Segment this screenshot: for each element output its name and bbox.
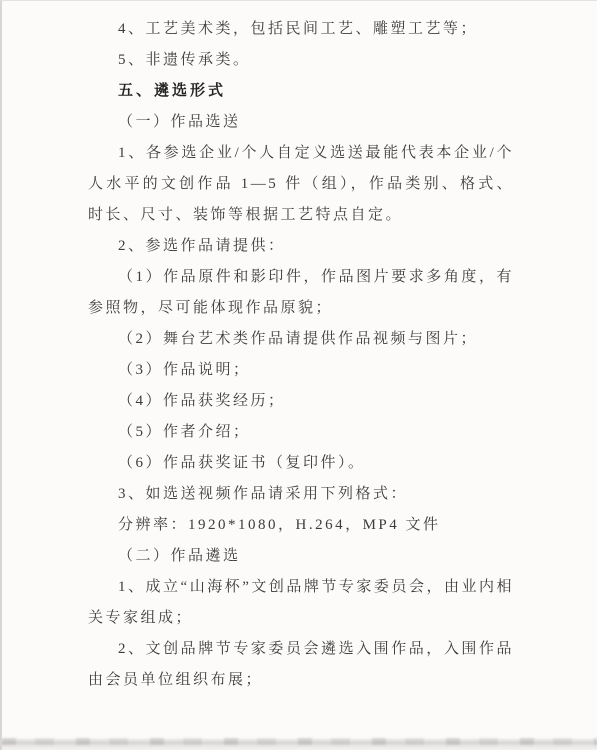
doc-paragraph: 1、成立“山海杯”文创品牌节专家委员会，由业内相关专家组成；	[88, 572, 514, 634]
doc-paragraph: 2、文创品牌节专家委员会遴选入围作品，入围作品由会员单位组织布展；	[88, 634, 514, 696]
document-text-block: 4、工艺美术类，包括民间工艺、雕塑工艺等； 5、非遗传承类。 五、遴选形式 （一…	[88, 14, 514, 696]
doc-paragraph: （2）舞台艺术类作品请提供作品视频与图片；	[88, 324, 514, 355]
doc-paragraph: 1、各参选企业/个人自定义选送最能代表本企业/个人水平的文创作品 1—5 件（组…	[88, 138, 514, 231]
doc-paragraph: （4）作品获奖经历；	[88, 386, 514, 417]
page-bottom-scan-shadow	[2, 735, 597, 750]
doc-paragraph: 分辨率：1920*1080，H.264，MP4 文件	[88, 510, 514, 541]
doc-subsection-label: （一）作品选送	[88, 107, 514, 138]
scan-shadow-texture	[2, 738, 597, 745]
document-page: 4、工艺美术类，包括民间工艺、雕塑工艺等； 5、非遗传承类。 五、遴选形式 （一…	[0, 0, 597, 750]
doc-paragraph: 3、如选送视频作品请采用下列格式：	[88, 479, 514, 510]
doc-paragraph: 2、参选作品请提供：	[88, 231, 514, 262]
doc-paragraph: （5）作者介绍；	[88, 417, 514, 448]
doc-subsection-label: （二）作品遴选	[88, 541, 514, 572]
doc-paragraph: 5、非遗传承类。	[88, 45, 514, 76]
section-heading: 五、遴选形式	[88, 76, 514, 107]
doc-paragraph: （3）作品说明；	[88, 355, 514, 386]
doc-paragraph: （1）作品原件和影印件，作品图片要求多角度，有参照物，尽可能体现作品原貌；	[88, 262, 514, 324]
doc-paragraph: （6）作品获奖证书（复印件）。	[88, 448, 514, 479]
doc-paragraph: 4、工艺美术类，包括民间工艺、雕塑工艺等；	[88, 14, 514, 45]
